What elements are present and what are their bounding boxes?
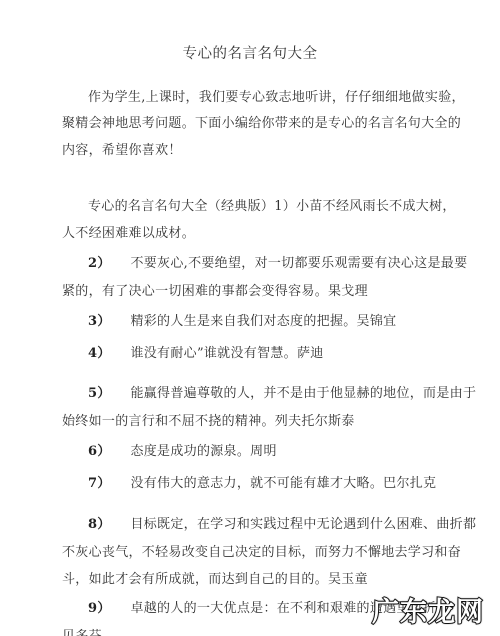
quote-item: 8） 目标既定，在学习和实践过程中无论遇到什么困难、曲折都 bbox=[88, 513, 476, 532]
quote-number: 8） bbox=[88, 513, 126, 532]
quote-text-cont: 斗，如此才会有所成就，而达到自己的目的。吴玉童 bbox=[62, 568, 368, 587]
quote-text-cont: 不灰心丧气，不轻易改变自己决定的目标，而努力不懈地去学习和奋 bbox=[62, 541, 461, 560]
section-heading-line: 专心的名言名句大全（经典版）1）小苗不经风雨长不成大树， bbox=[88, 195, 456, 214]
quote-text: 没有伟大的意志力，就不可能有雄才大略。巴尔扎克 bbox=[130, 476, 436, 491]
quote-number: 3） bbox=[88, 310, 126, 329]
watermark-logo: 广东龙网 bbox=[372, 590, 484, 629]
intro-line-3: 内容，希望你喜欢！ bbox=[62, 139, 182, 158]
quote-number: 7） bbox=[88, 472, 126, 491]
page-title: 专心的名言名句大全 bbox=[0, 42, 500, 63]
intro-line-2: 聚精会神地思考问题。下面小编给你带来的是专心的名言名句大全的 bbox=[62, 112, 461, 131]
quote-item: 6） 态度是成功的源泉。周明 bbox=[88, 440, 277, 459]
quote-item: 2） 不要灰心,不要绝望，对一切都要乐观需要有决心这是最要 bbox=[88, 252, 467, 271]
quote-item: 5） 能赢得普遍尊敬的人，并不是由于他显赫的地位，而是由于 bbox=[88, 382, 476, 401]
quote-text: 谁没有耐心”谁就没有智慧。萨迪 bbox=[130, 346, 323, 361]
quote-text: 态度是成功的源泉。周明 bbox=[130, 444, 276, 459]
quote-number: 4） bbox=[88, 342, 126, 361]
intro-line-1: 作为学生,上课时，我们要专心致志地听讲，仔仔细细地做实验， bbox=[88, 86, 465, 105]
quote-text: 能赢得普遍尊敬的人，并不是由于他显赫的地位，而是由于 bbox=[130, 386, 476, 401]
quote-text: 目标既定，在学习和实践过程中无论遇到什么困难、曲折都 bbox=[130, 517, 476, 532]
quote-1-line-2: 人不经困难难以成材。 bbox=[62, 222, 195, 241]
quote-item: 3） 精彩的人生是来自我们对态度的把握。吴锦宜 bbox=[88, 310, 396, 329]
quote-text: 精彩的人生是来自我们对态度的把握。吴锦宜 bbox=[130, 314, 396, 329]
quote-text-cont: 始终如一的言行和不屈不挠的精神。列夫托尔斯泰 bbox=[62, 410, 355, 429]
quote-number: 5） bbox=[88, 382, 126, 401]
quote-item: 7） 没有伟大的意志力，就不可能有雄才大略。巴尔扎克 bbox=[88, 472, 436, 491]
quote-text-cont: 贝多芬 bbox=[62, 625, 102, 636]
quote-number: 6） bbox=[88, 440, 126, 459]
document-page: 专心的名言名句大全 作为学生,上课时，我们要专心致志地听讲，仔仔细细地做实验， … bbox=[0, 0, 500, 636]
quote-number: 9） bbox=[88, 597, 126, 616]
quote-text: 不要灰心,不要绝望，对一切都要乐观需要有决心这是最要 bbox=[130, 256, 467, 271]
quote-text-cont: 紧的，有了决心一切困难的事都会变得容易。果戈理 bbox=[62, 280, 368, 299]
quote-item: 4） 谁没有耐心”谁就没有智慧。萨迪 bbox=[88, 342, 324, 361]
quote-number: 2） bbox=[88, 252, 126, 271]
